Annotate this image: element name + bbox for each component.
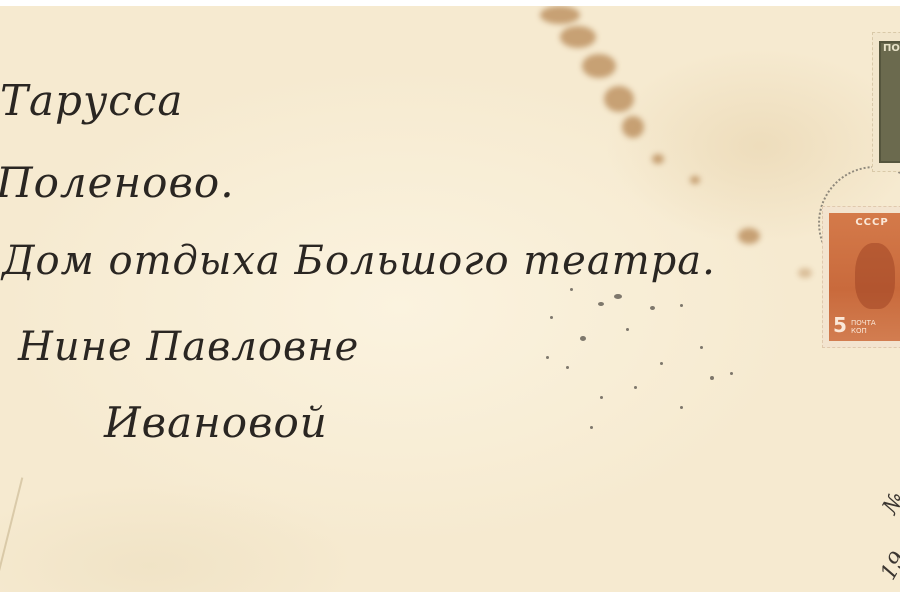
side-note-number: № [878,488,900,519]
ink-spatter [540,276,740,426]
stamp-country: СССР [829,217,900,228]
crease [0,477,23,584]
address-city: Тарусса [0,76,183,125]
stain [582,54,616,78]
stain [560,26,596,48]
stamp-label: ПОЧТА КОП [851,319,876,335]
recipient-surname: Ивановой [104,398,328,447]
stamp-currency: КОП [851,327,876,335]
side-note-year: 19 [876,548,900,585]
stain [652,154,664,164]
address-village: Поленово. [0,158,235,207]
stamp-posta: ПОЧТА [851,319,876,327]
stain [690,176,700,184]
green-postage-stamp: ПО [872,32,900,172]
green-stamp-text: ПО [883,43,900,54]
envelope: Тарусса Поленово. Дом отдыха Большого те… [0,6,900,592]
red-postage-stamp: СССР 5 ПОЧТА КОП [822,206,900,348]
stain [798,268,812,278]
stain [738,228,760,244]
stain [604,86,634,112]
stamp-portrait [855,243,895,309]
red-stamp-face: СССР 5 ПОЧТА КОП [829,213,900,341]
stamp-value: 5 [833,313,847,337]
recipient-name: Нине Павловне [18,324,359,370]
stain [622,116,644,138]
green-stamp-face [879,41,900,163]
stain [540,6,580,24]
